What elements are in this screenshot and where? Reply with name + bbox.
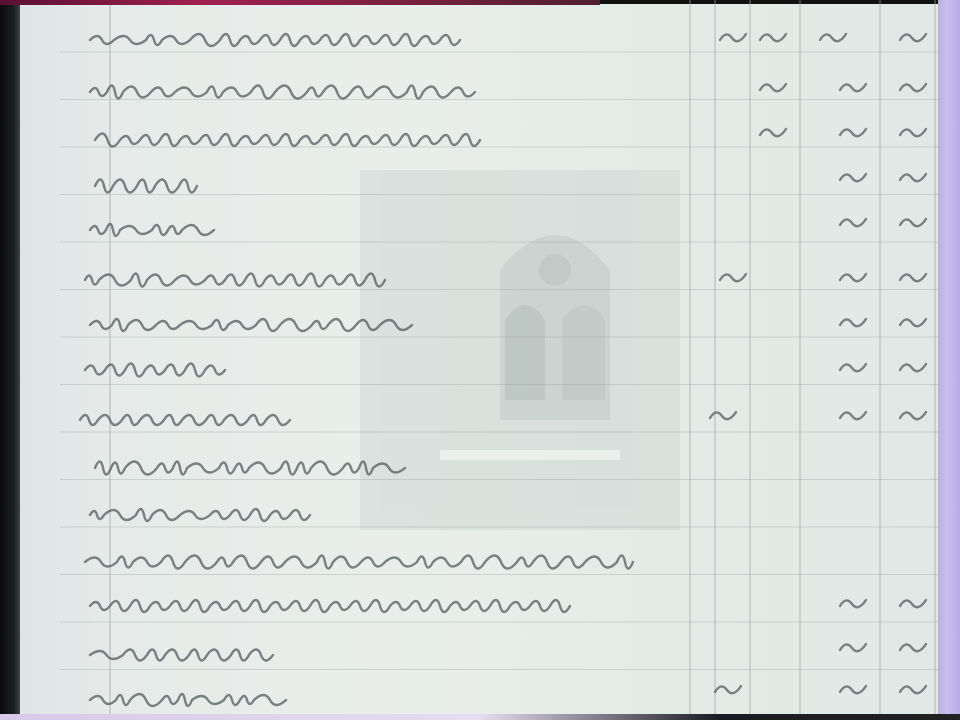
amount-figure xyxy=(840,364,866,371)
amount-figure xyxy=(900,364,926,371)
amount-figure xyxy=(900,319,926,326)
amount-figure xyxy=(760,84,786,91)
handwriting-line xyxy=(80,415,290,425)
amount-figure xyxy=(760,34,786,41)
amount-figure xyxy=(900,129,926,136)
amount-figure xyxy=(840,644,866,651)
amount-figure xyxy=(900,274,926,281)
handwriting-line xyxy=(90,650,273,661)
amount-figure xyxy=(840,129,866,136)
amount-figure xyxy=(840,174,866,181)
amount-figure xyxy=(710,412,736,419)
amount-figure xyxy=(900,686,926,693)
amount-figure xyxy=(840,686,866,693)
handwriting-line xyxy=(85,274,385,287)
amount-figure xyxy=(840,600,866,607)
left-border xyxy=(0,0,20,720)
window-watermark xyxy=(360,170,680,530)
right-border xyxy=(938,0,960,720)
handwriting-line xyxy=(90,34,460,46)
amount-figure xyxy=(720,274,746,281)
amount-figure xyxy=(900,174,926,181)
handwriting-line xyxy=(90,86,475,99)
amount-figure xyxy=(840,274,866,281)
amount-figure xyxy=(720,34,746,41)
amount-figure xyxy=(900,84,926,91)
amount-figure xyxy=(820,34,846,41)
handwriting-line xyxy=(85,556,633,569)
handwriting-line xyxy=(95,134,480,147)
amount-figure xyxy=(900,219,926,226)
handwriting-line xyxy=(95,462,405,475)
ledger-drawing xyxy=(0,0,960,720)
amount-figure xyxy=(840,219,866,226)
handwriting-line xyxy=(90,224,214,236)
amount-figure xyxy=(900,600,926,607)
amount-figure xyxy=(840,84,866,91)
bottom-border xyxy=(0,714,960,720)
handwriting-line xyxy=(90,600,570,612)
ledger-photo xyxy=(0,0,960,720)
amount-figure xyxy=(900,644,926,651)
amount-figure xyxy=(900,412,926,419)
amount-figure xyxy=(715,686,741,693)
amount-figure xyxy=(840,412,866,419)
amount-figure xyxy=(760,129,786,136)
top-border xyxy=(0,0,600,5)
handwriting-line xyxy=(90,509,310,521)
handwriting-line xyxy=(90,694,286,706)
amount-figure xyxy=(840,319,866,326)
handwriting-line xyxy=(85,364,225,377)
amount-figure xyxy=(900,34,926,41)
